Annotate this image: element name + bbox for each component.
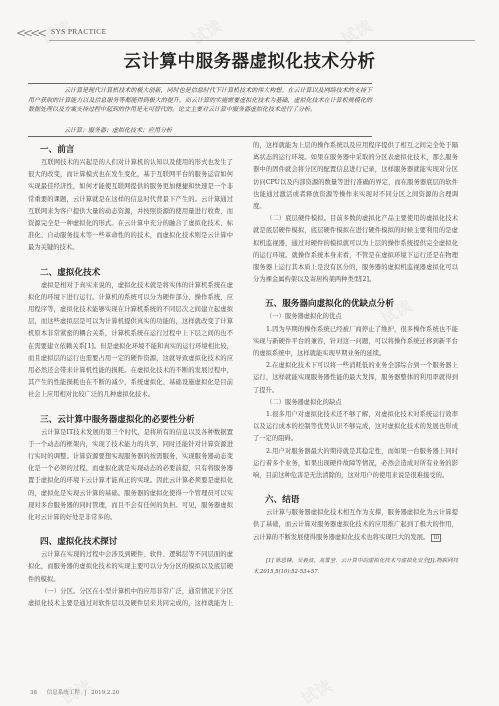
right-column: 的，这样就能为上层的操作系统以及应用程序提供了相互之间完全处于隔离状态的运行环境…	[253, 140, 458, 578]
section-heading-3: 三、云计算中服务器虚拟化的必要性分析	[28, 414, 233, 427]
running-header: <<<< SYS PRACTICE	[16, 26, 462, 42]
paragraph: 虚拟是相对于真实来说的，虚拟化技术就是将实体的计算机系统在虚拟化的环境下进行运行…	[28, 280, 233, 402]
chevrons-left-icon: <<<<	[16, 26, 44, 40]
subheading: （一）服务器虚拟化的优点	[253, 311, 458, 323]
section-heading-5: 五、服务器向虚拟化的优缺点分析	[253, 298, 458, 311]
section-heading-1: 一、前言	[28, 144, 233, 157]
divider	[28, 83, 372, 84]
issue-date: 2019.2.20	[91, 690, 119, 696]
section-heading-4: 四、虚拟化技术探讨	[28, 536, 233, 549]
page-number: 38	[30, 690, 37, 696]
paragraph: （一）分区。分区在小型计算机中的应用非常广泛，通常情况下分区虚拟化技术主要是通过…	[28, 586, 233, 610]
header-divider	[49, 40, 475, 41]
conclusion-text: 云计算与服务器虚拟化技术相互作为支撑，服务器虚拟化为云计算提供了基础，而云计算对…	[253, 509, 458, 540]
journal-name: 信息系统工程	[47, 690, 80, 696]
footer-separator: |	[85, 690, 87, 696]
paragraph: 1.很多用户对虚拟化技术还不够了解，对虚拟化技术对系统运行效率以及运行成本的控制…	[253, 409, 458, 446]
paragraph: 云计算是IT技术发展的第三个时代，是将所有的信息以及各种数据置于一个动态的框架内…	[28, 427, 233, 525]
subheading: （二）服务器虚拟化的缺点	[253, 397, 458, 409]
paragraph: 互联网技术的兴起是的人们对计算机的认知以及使用的形式也发生了很大的改变，而计算模…	[28, 157, 233, 255]
section-heading-2: 二、虚拟化技术	[28, 267, 233, 280]
watermark: 试读	[296, 674, 335, 706]
paragraph: 2.用户对服务器最大的期待就是其稳定性，而如果一台服务器上同时运行着多个业务，如…	[253, 446, 458, 483]
paragraph-continued: 的，这样就能为上层的操作系统以及应用程序提供了相互之间完全处于隔离状态的运行环境…	[253, 140, 458, 213]
end-mark: ID	[431, 534, 441, 542]
section-label: SYS PRACTICE	[51, 27, 107, 36]
reference-item: [1] 陈思锋，吴毅波，高雪莹．云计算中的虚拟化技术与虚拟化安全[J].物联网技…	[253, 556, 458, 578]
paragraph: 云计算与服务器虚拟化技术相互作为支撑，服务器虚拟化为云计算提供了基础，而云计算对…	[253, 507, 458, 544]
paragraph: 2.在虚拟化技术下可以将一些消耗低的业务全部综合到一个服务器上运行，这样就能实现…	[253, 360, 458, 397]
page-footer: 38 信息系统工程 | 2019.2.20	[30, 688, 127, 696]
keywords: 云计算；服务器；虚拟化技术；应用分析	[64, 125, 172, 134]
abstract-text: 云计算是现代计算机技术的极大创新，同时也是信息时代下计算机技术的伟大构想。在云计…	[28, 86, 372, 115]
article-title: 云计算中服务器虚拟化技术分析	[0, 48, 499, 73]
section-heading-6: 六、结语	[253, 494, 458, 507]
paragraph: （二）底层硬件模拟。目前多数的虚拟化产品主要使用的虚拟化技术就是底层硬件模拟，底…	[253, 213, 458, 286]
left-column: 一、前言 互联网技术的兴起是的人们对计算机的认知以及使用的形式也发生了很大的改变…	[28, 144, 233, 610]
abstract-bottom-rule	[28, 136, 372, 137]
paragraph: 1.因为早期的操作系统已经被厂商停止了维护，很多操作系统也不能实现与新硬件平台的…	[253, 324, 458, 361]
paragraph: 云计算在实现的过程中会涉及到硬件、软件、逻辑层等不同层面的虚拟化，而服务器的虚拟…	[28, 549, 233, 586]
